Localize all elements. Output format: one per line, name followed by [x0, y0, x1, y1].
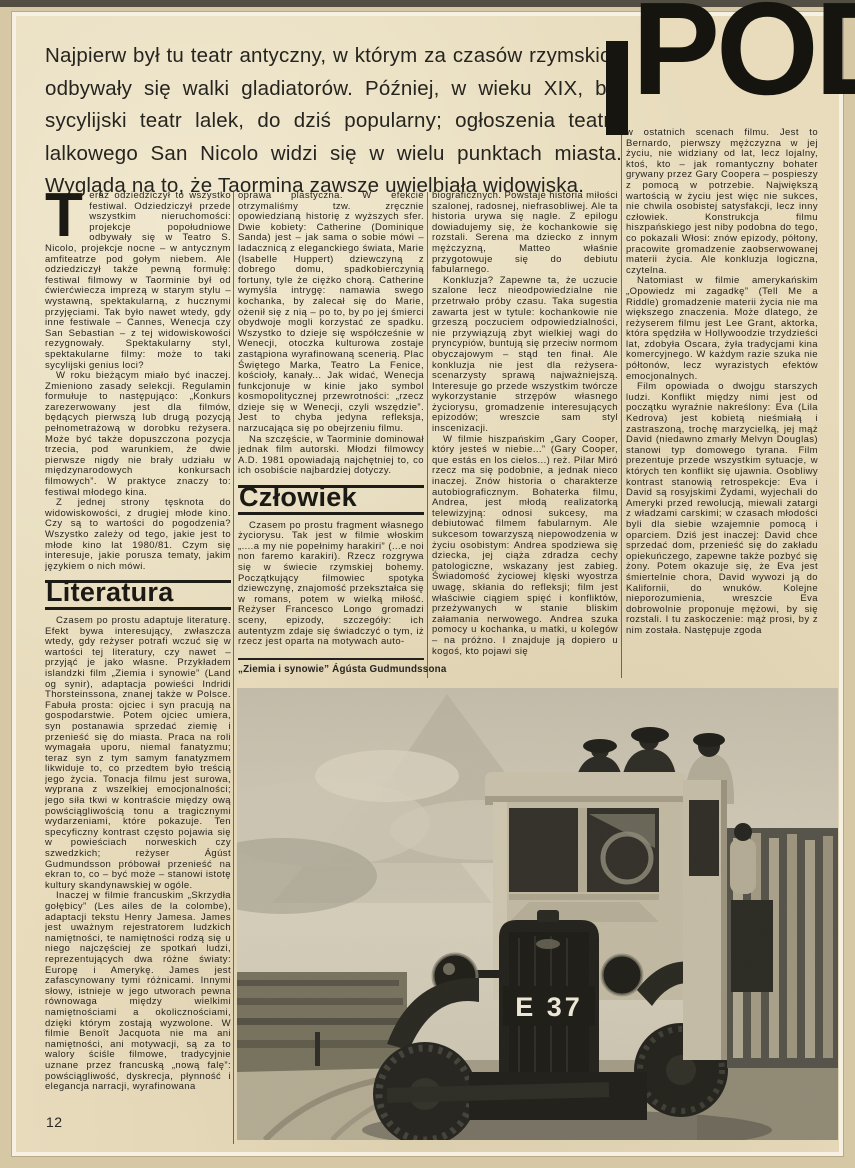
magazine-page: { "masthead": { "title": "POD" }, "intro… [0, 0, 855, 1168]
page-number: 12 [46, 1114, 63, 1130]
section-heading-czlowiek: Człowiek [238, 485, 424, 515]
paragraph: Czasem po prostu adaptuje literaturę. Ef… [45, 616, 231, 891]
column-divider-3 [621, 128, 622, 678]
column-2: oprawa plastyczna. W efekcie otrzymaliśm… [238, 191, 424, 653]
paragraph: Z jednej strony tęsknota do widowiskowoś… [45, 498, 231, 572]
column-1: Teraz odziedziczył to wszystko festiwal.… [45, 191, 231, 1136]
truck-photo-illustration: E 37 [237, 688, 838, 1140]
column-divider-2 [427, 192, 428, 678]
column-divider-1 [233, 192, 234, 1144]
paragraph: W roku bieżącym miało być inaczej. Zmien… [45, 371, 231, 498]
paragraph: Na szczęście, w Taorminie dominował jedn… [238, 435, 424, 477]
paragraph: Inaczej w filmie francuskim „Skrzydła go… [45, 891, 231, 1092]
paragraph: Czasem po prostu fragment własnego życio… [238, 521, 424, 648]
film-grain [237, 688, 838, 1140]
paragraph: Konkluzja? Zapewne ta, że uczucie szalon… [432, 276, 618, 435]
page-paper: Najpierw był tu teatr antyczny, w którym… [12, 12, 843, 1156]
paragraph: w ostatnich scenach filmu. Jest to Berna… [626, 128, 818, 276]
caption-rule [238, 658, 424, 660]
column-4: w ostatnich scenach filmu. Jest to Berna… [626, 128, 818, 684]
paragraph: Teraz odziedziczył to wszystko festiwal.… [45, 191, 231, 371]
intro-paragraph: Najpierw był tu teatr antyczny, w którym… [45, 40, 622, 203]
masthead-title: POD [632, 0, 855, 124]
section-heading-literatura: Literatura [45, 580, 231, 610]
paragraph: oprawa plastyczna. W efekcie otrzymaliśm… [238, 191, 424, 435]
paragraph: Natomiast w filmie amerykańskim „Opowied… [626, 276, 818, 382]
headline-bar [606, 41, 628, 135]
dropcap-letter: T [45, 193, 83, 239]
photo-caption: „Ziemia i synowie” Ágústa Gudmundssona [238, 664, 468, 675]
paragraph: biograficznych. Powstaje historia miłośc… [432, 191, 618, 276]
paragraph: W filmie hiszpańskim „Gary Cooper, który… [432, 435, 618, 657]
truck-photo: E 37 [237, 688, 838, 1140]
column-3: biograficznych. Powstaje historia miłośc… [432, 191, 618, 683]
paragraph: Film opowiada o dwojgu starszych ludzi. … [626, 382, 818, 636]
